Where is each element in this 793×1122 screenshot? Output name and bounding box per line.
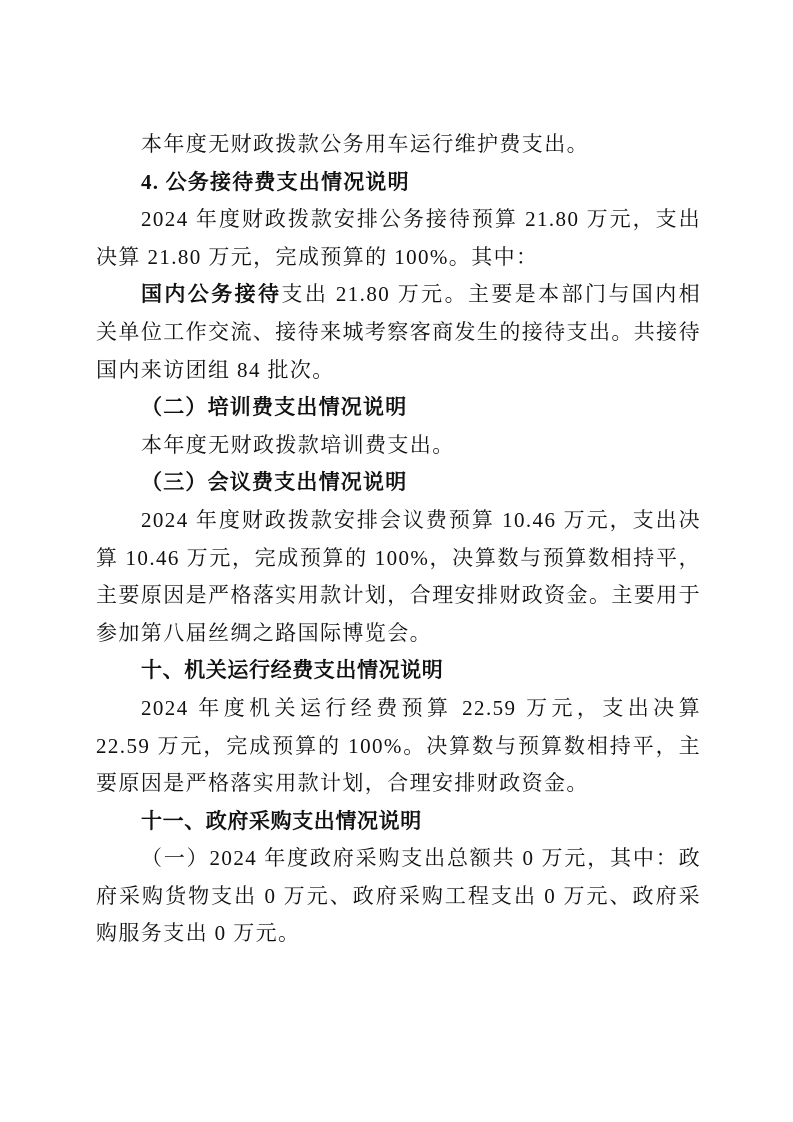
paragraph-operating-budget: 2024 年度机关运行经费预算 22.59 万元，支出决算 22.59 万元，完… [96, 690, 701, 803]
document-body: 本年度无财政拨款公务用车运行维护费支出。 4. 公务接待费支出情况说明 2024… [96, 126, 701, 953]
heading-reception-expense: 4. 公务接待费支出情况说明 [96, 164, 701, 202]
heading-government-procurement: 十一、政府采购支出情况说明 [96, 803, 701, 841]
paragraph-reception-budget: 2024 年度财政拨款安排公务接待预算 21.80 万元，支出决算 21.80 … [96, 201, 701, 276]
heading-training-expense: （二）培训费支出情况说明 [96, 389, 701, 427]
paragraph-domestic-reception: 国内公务接待支出 21.80 万元。主要是本部门与国内相关单位工作交流、接待来城… [96, 276, 701, 389]
paragraph-meeting-budget: 2024 年度财政拨款安排会议费预算 10.46 万元，支出决算 10.46 万… [96, 502, 701, 652]
document-page: 本年度无财政拨款公务用车运行维护费支出。 4. 公务接待费支出情况说明 2024… [0, 0, 793, 1122]
paragraph-no-vehicle-expense: 本年度无财政拨款公务用车运行维护费支出。 [96, 126, 701, 164]
heading-operating-expense: 十、机关运行经费支出情况说明 [96, 652, 701, 690]
paragraph-procurement-detail: （一）2024 年度政府采购支出总额共 0 万元，其中：政府采购货物支出 0 万… [96, 840, 701, 953]
domestic-reception-lead: 国内公务接待 [141, 282, 281, 306]
paragraph-no-training-expense: 本年度无财政拨款培训费支出。 [96, 427, 701, 465]
heading-meeting-expense: （三）会议费支出情况说明 [96, 464, 701, 502]
